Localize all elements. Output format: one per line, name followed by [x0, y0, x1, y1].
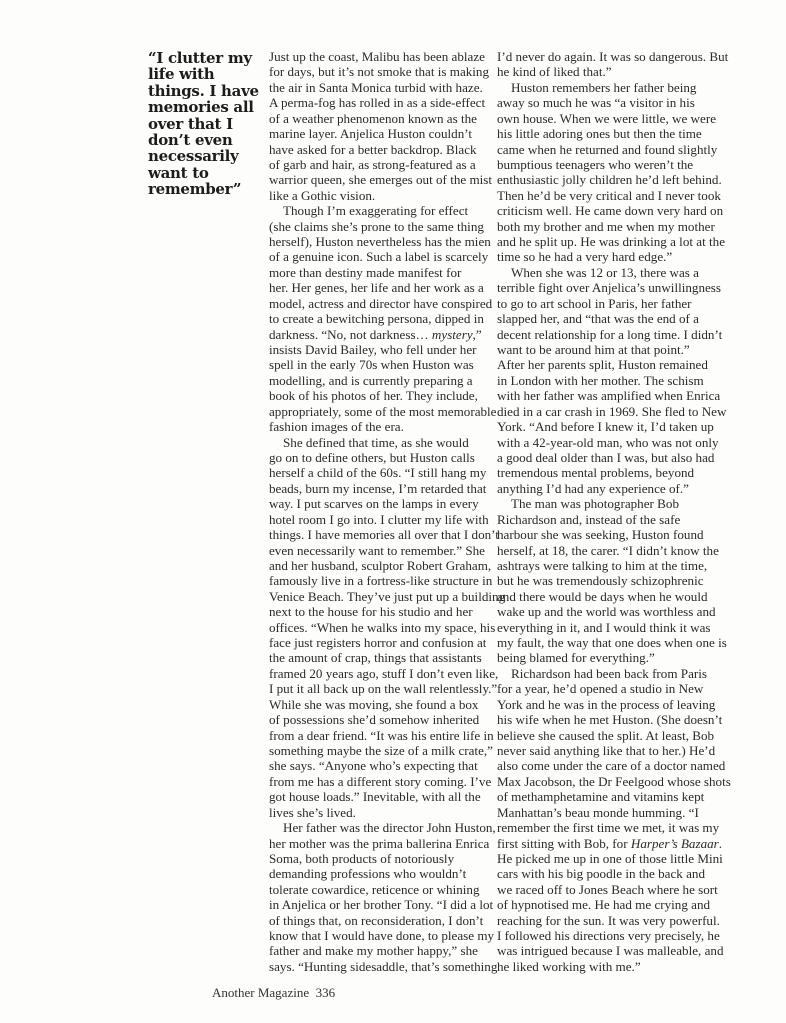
article-line: with her father was amplified when Enric… — [497, 388, 723, 403]
article-line: Then he’d be very critical and I never t… — [497, 188, 723, 203]
pull-quote-line: “I clutter my — [148, 50, 263, 66]
article-line: herself, at 18, the carer. “I didn’t kno… — [497, 543, 723, 558]
article-line: herself), Huston nevertheless has the mi… — [269, 234, 495, 249]
article-line: Though I’m exaggerating for effect — [269, 203, 495, 218]
article-line: know that I would have done, to please m… — [269, 928, 495, 943]
article-line: away so much he was “a visitor in his — [497, 95, 723, 110]
article-line: and he split up. He was drinking a lot a… — [497, 234, 723, 249]
article-line: book of his photos of her. They include, — [269, 388, 495, 403]
article-line: He picked me up in one of those little M… — [497, 851, 723, 866]
article-line: my fault, the way that one does when one… — [497, 635, 723, 650]
article-line: Richardson and, instead of the safe — [497, 512, 723, 527]
pull-quote-line: life with — [148, 66, 263, 82]
article-line: Her father was the director John Huston, — [269, 820, 495, 835]
article-line: to create a bewitching persona, dipped i… — [269, 311, 495, 326]
article-line: like a Gothic vision. — [269, 188, 495, 203]
article-line: died in a car crash in 1969. She fled to… — [497, 404, 723, 419]
article-line: Richardson had been back from Paris — [497, 666, 723, 681]
article-line: insists David Bailey, who fell under her — [269, 342, 495, 357]
page-footer: Another Magazine 336 — [212, 985, 335, 1001]
article-line: in Anjelica or her brother Tony. “I did … — [269, 897, 495, 912]
article-line: York and he was in the process of leavin… — [497, 697, 723, 712]
article-line: his wife when he met Huston. (She doesn’… — [497, 712, 723, 727]
article-line: says. “Hunting sidesaddle, that’s someth… — [269, 959, 495, 974]
article-line: A perma-fog has rolled in as a side-effe… — [269, 95, 495, 110]
article-line: want to be around him at that point.” — [497, 342, 723, 357]
article-line: being blamed for everything.” — [497, 650, 723, 665]
article-line: tremendous mental problems, beyond — [497, 465, 723, 480]
article-line: Huston remembers her father being — [497, 80, 723, 95]
magazine-page: “I clutter mylife withthings. I havememo… — [0, 0, 786, 1023]
article-line: York. “And before I knew it, I’d taken u… — [497, 419, 723, 434]
pull-quote-line: want to — [148, 165, 263, 181]
article-line: have asked for a better backdrop. Black — [269, 142, 495, 157]
pull-quote-line: over that I — [148, 116, 263, 132]
article-line: more than destiny made manifest for — [269, 265, 495, 280]
article-line: father and make my mother happy,” she — [269, 943, 495, 958]
article-line: both my brother and me when my mother — [497, 219, 723, 234]
article-line: was intrigued because I was malleable, a… — [497, 943, 723, 958]
article-line: The man was photographer Bob — [497, 496, 723, 511]
article-line: fashion images of the era. — [269, 419, 495, 434]
article-line: and there would be days when he would — [497, 589, 723, 604]
publication-name: Another Magazine — [212, 985, 309, 1000]
article-line: go on to define others, but Huston calls — [269, 450, 495, 465]
article-line: she says. “Anyone who’s expecting that — [269, 758, 495, 773]
article-line: model, actress and director have conspir… — [269, 296, 495, 311]
article-line: of hypnotised me. He had me crying and — [497, 897, 723, 912]
article-line: wake up and the world was worthless and — [497, 604, 723, 619]
article-line: for a year, he’d opened a studio in New — [497, 681, 723, 696]
article-line: and her husband, sculptor Robert Graham, — [269, 558, 495, 573]
article-line: he kind of liked that.” — [497, 64, 723, 79]
article-line: modelling, and is currently preparing a — [269, 373, 495, 388]
article-line: criticism well. He came down very hard o… — [497, 203, 723, 218]
article-line: we raced off to Jones Beach where he sor… — [497, 882, 723, 897]
article-line: face just registers horror and confusion… — [269, 635, 495, 650]
article-line: from a dear friend. “It was his entire l… — [269, 728, 495, 743]
article-line: slapped her, and “that was the end of a — [497, 311, 723, 326]
article-line: Manhattan’s beau monde humming. “I — [497, 805, 723, 820]
article-line: things. I have memories all over that I … — [269, 527, 495, 542]
article-line: warrior queen, she emerges out of the mi… — [269, 172, 495, 187]
article-line: of garb and hair, as strong-featured as … — [269, 157, 495, 172]
article-line: (she claims she’s prone to the same thin… — [269, 219, 495, 234]
article-line: spell in the early 70s when Huston was — [269, 357, 495, 372]
article-line: I followed his directions very precisely… — [497, 928, 723, 943]
pull-quote-line: things. I have — [148, 83, 263, 99]
article-line: he liked working with me.” — [497, 959, 723, 974]
article-line: her mother was the prima ballerina Enric… — [269, 836, 495, 851]
article-line: hotel room I go into. I clutter my life … — [269, 512, 495, 527]
pull-quote-line: remember” — [148, 181, 263, 197]
article-line: beads, burn my incense, I’m retarded tha… — [269, 481, 495, 496]
article-line: remember the first time we met, it was m… — [497, 820, 723, 835]
article-line: never said anything like that to her.) H… — [497, 743, 723, 758]
article-line: with a 42-year-old man, who was not only — [497, 435, 723, 450]
article-line: reaching for the sun. It was very powerf… — [497, 913, 723, 928]
article-line: from me has a different story coming. I’… — [269, 774, 495, 789]
italic-title: mystery — [432, 327, 473, 342]
article-line: even necessarily want to remember.” She — [269, 543, 495, 558]
article-line: offices. “When he walks into my space, h… — [269, 620, 495, 635]
article-line: marine layer. Anjelica Huston couldn’t — [269, 126, 495, 141]
article-line: way. I put scarves on the lamps in every — [269, 496, 495, 511]
article-line: harbour she was seeking, Huston found — [497, 527, 723, 542]
article-line: of possessions she’d somehow inherited — [269, 712, 495, 727]
article-line: of methamphetamine and vitamins kept — [497, 789, 723, 804]
article-line: Soma, both products of notoriously — [269, 851, 495, 866]
article-line: everything in it, and I would think it w… — [497, 620, 723, 635]
article-line: darkness. “No, not darkness… mystery,” — [269, 327, 495, 342]
article-line: her. Her genes, her life and her work as… — [269, 280, 495, 295]
article-line: decent relationship for a long time. I d… — [497, 327, 723, 342]
article-line: of a weather phenomenon known as the — [269, 111, 495, 126]
article-line: time so he had a very hard edge.” — [497, 249, 723, 264]
article-line: I’d never do again. It was so dangerous.… — [497, 49, 723, 64]
article-line: next to the house for his studio and her — [269, 604, 495, 619]
article-line: first sitting with Bob, for Harper’s Baz… — [497, 836, 723, 851]
pull-quote-line: memories all — [148, 99, 263, 115]
pull-quote-line: don’t even — [148, 132, 263, 148]
page-number: 336 — [316, 985, 336, 1000]
article-line: came when he returned and found slightly — [497, 142, 723, 157]
article-line: She defined that time, as she would — [269, 435, 495, 450]
article-line: anything I’d had any experience of.” — [497, 481, 723, 496]
article-line: framed 20 years ago, stuff I don’t even … — [269, 666, 495, 681]
article-line: got house loads.” Inevitable, with all t… — [269, 789, 495, 804]
article-column-right: I’d never do again. It was so dangerous.… — [497, 49, 723, 974]
article-line: bumptious teenagers who weren’t the — [497, 157, 723, 172]
article-line: but he was tremendously schizophrenic — [497, 573, 723, 588]
article-line: believe she caused the split. At least, … — [497, 728, 723, 743]
article-line: I put it all back up on the wall relentl… — [269, 681, 495, 696]
italic-title: Harper’s Bazaar — [631, 836, 719, 851]
article-line: Venice Beach. They’ve just put up a buil… — [269, 589, 495, 604]
article-line: herself a child of the 60s. “I still han… — [269, 465, 495, 480]
article-line: of a genuine icon. Such a label is scarc… — [269, 249, 495, 264]
article-line: for days, but it’s not smoke that is mak… — [269, 64, 495, 79]
article-line: lives she’s lived. — [269, 805, 495, 820]
article-line: the air in Santa Monica turbid with haze… — [269, 80, 495, 95]
article-column-left: Just up the coast, Malibu has been ablaz… — [269, 49, 495, 974]
article-line: a good deal older than I was, but also h… — [497, 450, 723, 465]
article-line: his little adoring ones but then the tim… — [497, 126, 723, 141]
article-line: When she was 12 or 13, there was a — [497, 265, 723, 280]
article-line: of things that, on reconsideration, I do… — [269, 913, 495, 928]
article-line: Max Jacobson, the Dr Feelgood whose shot… — [497, 774, 723, 789]
article-line: While she was moving, she found a box — [269, 697, 495, 712]
article-line: ashtrays were talking to him at the time… — [497, 558, 723, 573]
article-line: the amount of crap, things that assistan… — [269, 650, 495, 665]
article-line: famously live in a fortress-like structu… — [269, 573, 495, 588]
article-line: in London with her mother. The schism — [497, 373, 723, 388]
article-line: enthusiastic jolly children he’d left be… — [497, 172, 723, 187]
article-line: something maybe the size of a milk crate… — [269, 743, 495, 758]
article-line: terrible fight over Anjelica’s unwilling… — [497, 280, 723, 295]
article-line: to go to art school in Paris, her father — [497, 296, 723, 311]
pull-quote-line: necessarily — [148, 148, 263, 164]
article-line: cars with his big poodle in the back and — [497, 866, 723, 881]
article-line: After her parents split, Huston remained — [497, 357, 723, 372]
pull-quote: “I clutter mylife withthings. I havememo… — [148, 50, 263, 198]
article-line: Just up the coast, Malibu has been ablaz… — [269, 49, 495, 64]
article-line: own house. When we were little, we were — [497, 111, 723, 126]
article-line: tolerate cowardice, reticence or whining — [269, 882, 495, 897]
article-line: demanding professions who wouldn’t — [269, 866, 495, 881]
article-line: appropriately, some of the most memorabl… — [269, 404, 495, 419]
article-line: also come under the care of a doctor nam… — [497, 758, 723, 773]
